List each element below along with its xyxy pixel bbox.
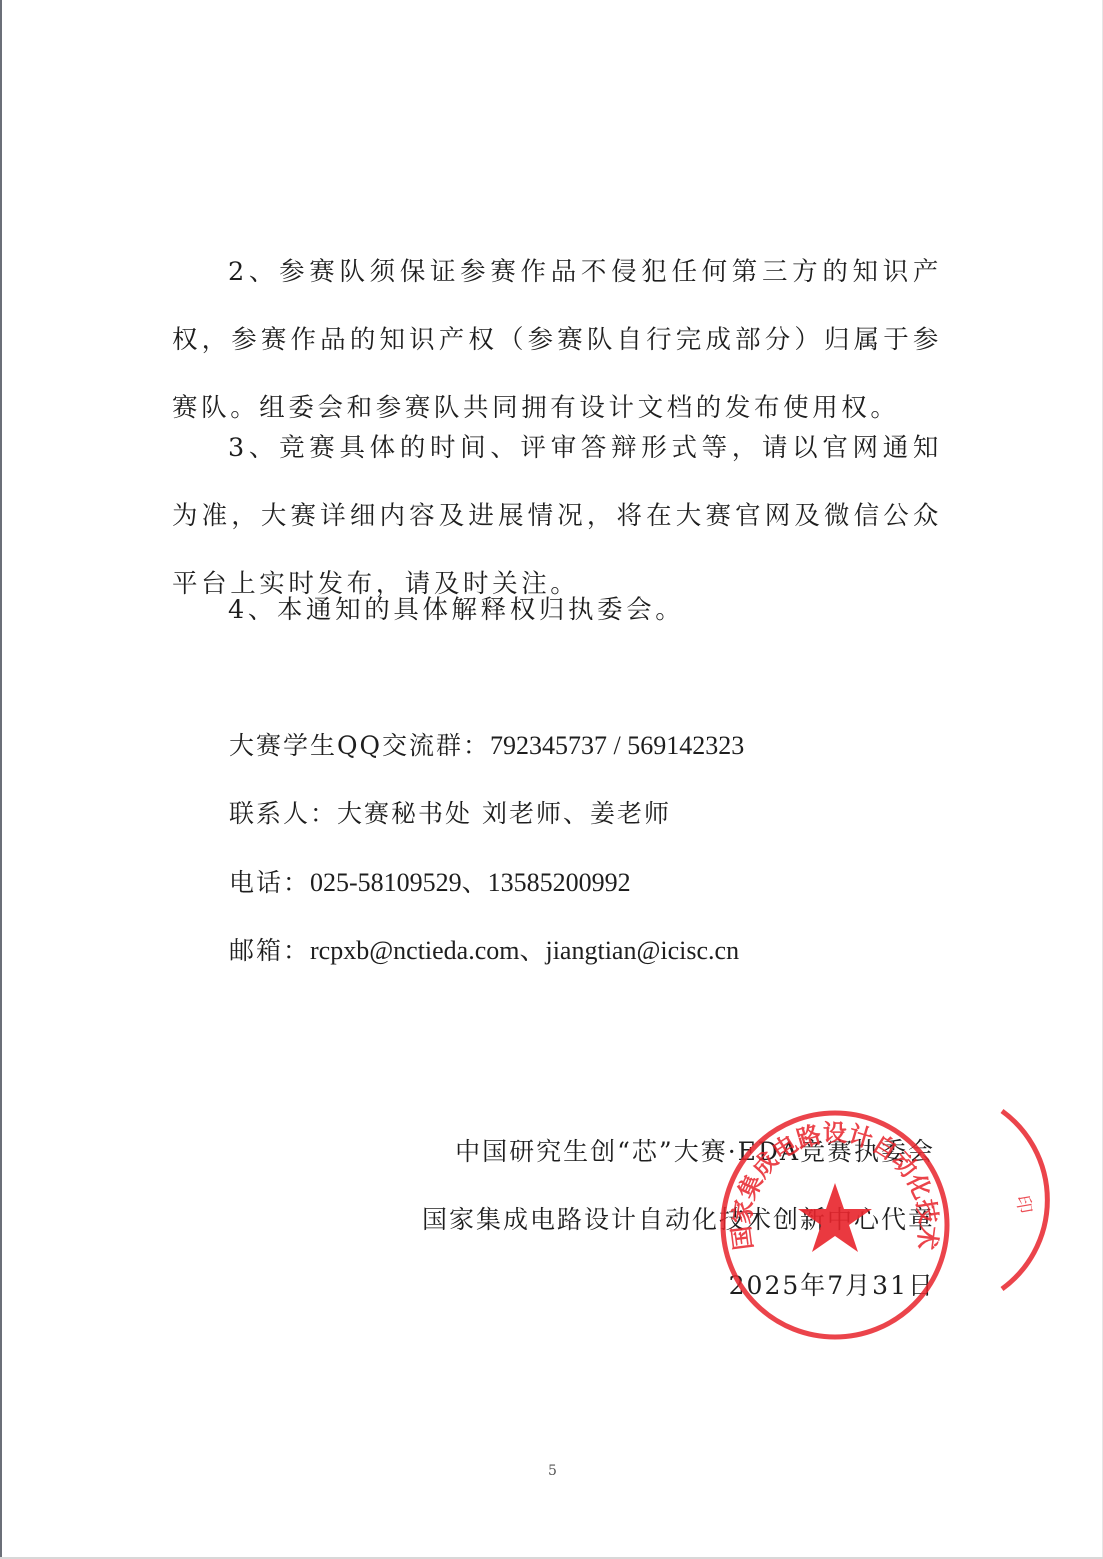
signature-date: 2025年7月31日 xyxy=(729,1266,935,1302)
paragraph-4: 4、本通知的具体解释权归执委会。 xyxy=(172,576,942,644)
paragraph-2: 2、参赛队须保证参赛作品不侵犯任何第三方的知识产权，参赛作品的知识产权（参赛队自… xyxy=(172,238,942,442)
page-number: 5 xyxy=(548,1463,557,1479)
phone-value: 025-58109529、13585200992 xyxy=(310,868,631,897)
email-line: 邮箱：rcpxb@nctieda.com、jiangtian@icisc.cn xyxy=(229,930,739,967)
paragraph-number: 3、 xyxy=(228,433,279,463)
paragraph-text: 参赛队须保证参赛作品不侵犯任何第三方的知识产权，参赛作品的知识产权（参赛队自行完… xyxy=(172,257,942,423)
phone-line: 电话：025-58109529、13585200992 xyxy=(229,862,631,899)
page-left-edge xyxy=(0,0,2,1559)
contact-person-label: 联系人： xyxy=(229,799,337,828)
contact-person-line: 联系人：大赛秘书处 刘老师、姜老师 xyxy=(229,794,671,830)
signature-org2: 国家集成电路设计自动化技术创新中心代章 xyxy=(422,1200,935,1236)
partial-seal-icon: 印 xyxy=(990,1105,1060,1295)
contact-person-value: 大赛秘书处 刘老师、姜老师 xyxy=(337,799,671,828)
phone-label: 电话： xyxy=(229,868,310,897)
signature-org1: 中国研究生创“芯”大赛·EDA竞赛执委会 xyxy=(455,1132,935,1168)
paragraph-text: 竞赛具体的时间、评审答辩形式等，请以官网通知为准，大赛详细内容及进展情况，将在大… xyxy=(172,433,942,599)
qq-group-value: 792345737 / 569142323 xyxy=(490,731,744,760)
qq-group-line: 大赛学生QQ交流群：792345737 / 569142323 xyxy=(229,726,744,762)
email-value[interactable]: rcpxb@nctieda.com、jiangtian@icisc.cn xyxy=(310,936,739,965)
email-label: 邮箱： xyxy=(229,936,310,965)
paragraph-text: 本通知的具体解释权归执委会。 xyxy=(277,595,684,625)
paragraph-number: 2、 xyxy=(228,257,279,287)
paragraph-number: 4、 xyxy=(228,595,277,625)
svg-text:印: 印 xyxy=(1011,1194,1035,1215)
qq-group-label: 大赛学生QQ交流群： xyxy=(229,731,490,760)
